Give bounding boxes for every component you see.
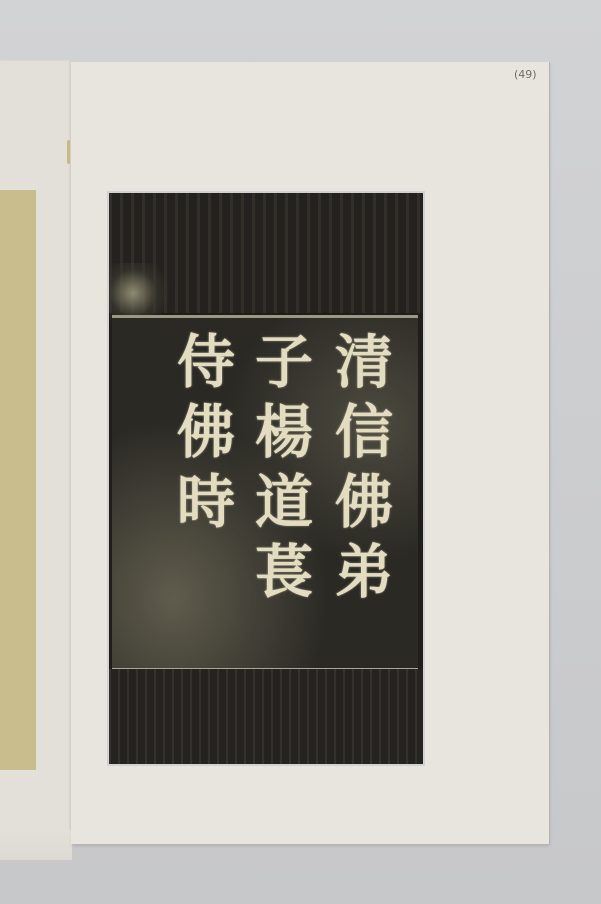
character: 楊 (249, 397, 319, 467)
character: 時 (171, 467, 241, 537)
character: 道 (249, 467, 319, 537)
spine-stain (67, 140, 70, 164)
character: 侍 (171, 327, 241, 397)
left-page-yellow-mount (0, 190, 36, 770)
inscription-column-3: 侍 佛 時 (171, 327, 241, 537)
character: 佛 (329, 467, 399, 537)
character: 萇 (249, 537, 319, 607)
character: 子 (249, 327, 319, 397)
character: 弟 (329, 537, 399, 607)
page-number: (49) (514, 68, 537, 81)
character: 佛 (171, 397, 241, 467)
inscription-column-1: 清 信 佛 弟 (329, 327, 399, 607)
page-edge (549, 62, 550, 844)
stele-rubbing: 清 信 佛 弟 子 楊 道 萇 侍 佛 時 (109, 193, 423, 764)
character: 信 (329, 397, 399, 467)
rubbing-worn-patch (109, 263, 169, 323)
rubbing-bottom-texture (109, 669, 423, 764)
inscription-column-2: 子 楊 道 萇 (249, 327, 319, 607)
character: 清 (329, 327, 399, 397)
